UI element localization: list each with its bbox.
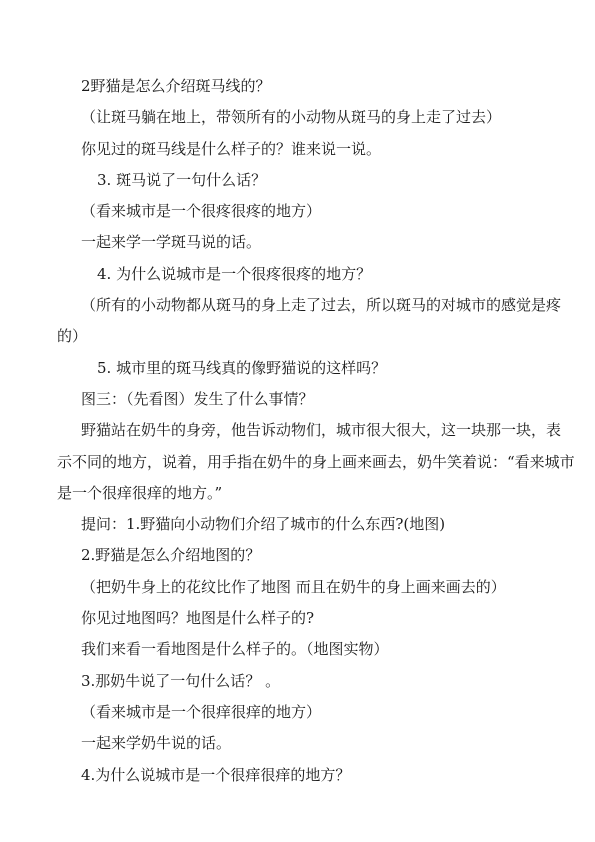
- text-line: 我们来看一看地图是什么样子的。（地图实物）: [81, 634, 539, 665]
- document-text-block: 2野猫是怎么介绍斑马线的？ （让斑马躺在地上，带领所有的小动物从斑马的身上走了过…: [57, 71, 539, 791]
- text-line: 4.为什么说城市是一个很痒很痒的地方？: [81, 760, 539, 791]
- text-line: （让斑马躺在地上，带领所有的小动物从斑马的身上走了过去）: [81, 102, 539, 133]
- text-line: （看来城市是一个很疼很疼的地方）: [81, 196, 539, 227]
- text-line: （看来城市是一个很痒很痒的地方）: [81, 697, 539, 728]
- document-page: 2野猫是怎么介绍斑马线的？ （让斑马躺在地上，带领所有的小动物从斑马的身上走了过…: [0, 0, 595, 842]
- text-line: 2.野猫是怎么介绍地图的？: [81, 540, 539, 571]
- text-line: 2野猫是怎么介绍斑马线的？: [81, 71, 539, 102]
- text-line: 的）: [57, 321, 539, 352]
- text-line: 示不同的地方，说着，用手指在奶牛的身上画来画去，奶牛笑着说：“看来城市: [57, 447, 539, 478]
- text-line: 一起来学奶牛说的话。: [81, 728, 539, 759]
- text-line: 图三：（先看图）发生了什么事情？: [81, 384, 539, 415]
- text-line: 你见过地图吗？地图是什么样子的?: [81, 603, 539, 634]
- text-line: 5. 城市里的斑马线真的像野猫说的这样吗？: [97, 353, 539, 384]
- text-line: （把奶牛身上的花纹比作了地图 而且在奶牛的身上画来画去的）: [81, 572, 539, 603]
- text-line: 野猫站在奶牛的身旁，他告诉动物们，城市很大很大，这一块那一块，表: [81, 415, 539, 446]
- text-line: 3. 斑马说了一句什么话？: [97, 165, 539, 196]
- text-line: 是一个很痒很痒的地方。”: [57, 478, 539, 509]
- text-line: 你见过的斑马线是什么样子的？谁来说一说。: [81, 134, 539, 165]
- text-line: （所有的小动物都从斑马的身上走了过去，所以斑马的对城市的感觉是疼: [81, 290, 539, 321]
- text-line: 4. 为什么说城市是一个很疼很疼的地方？: [97, 259, 539, 290]
- text-line: 提问：1.野猫向小动物们介绍了城市的什么东西?(地图): [81, 509, 539, 540]
- text-line: 一起来学一学斑马说的话。: [81, 227, 539, 258]
- text-line: 3.那奶牛说了一句什么话？ 。: [81, 666, 539, 697]
